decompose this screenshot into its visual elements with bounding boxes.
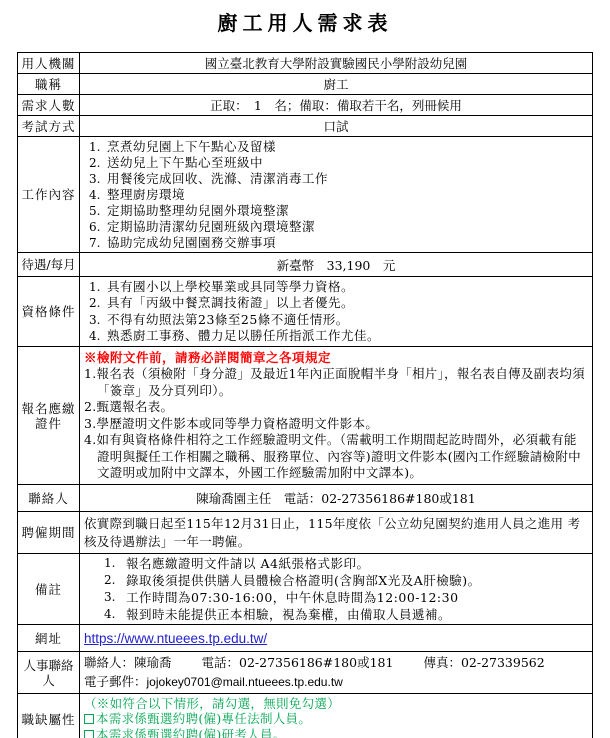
remark-item: 2.錄取後須提供供膳人員體檢合格證明(含胸部X光及A肝檢驗)。 [84,572,588,589]
hr-contact-line2: 電子郵件：jojokey0701@mail.ntueees.tp.edu.tw [84,672,588,692]
row-headcount: 需求人數 正取： 1 名；備取：備取若干名，列冊候用 [18,95,593,116]
website-label: 網址 [18,625,80,652]
row-contact: 聯絡人 陳瑜喬園主任 電話：02-27356186#180或181 [18,485,593,512]
hr-contact-line1: 聯絡人：陳瑜喬 電話：02-27356186#180或181 傳真：02-273… [84,653,588,672]
exam-method-label: 考試方式 [18,116,80,137]
remark-item-num: 1. [104,555,126,572]
work-item-text: 協助完成幼兒園園務交辦事項 [107,235,588,251]
qualification-item-num: 4. [89,328,107,344]
job-title-value: 廚工 [80,74,593,95]
agency-value: 國立臺北教育大學附設實驗國民小學附設幼兒園 [80,53,593,74]
work-content-list: 1.烹煮幼兒園上下午點心及留樣 2.送幼兒上下午點心至班級中 3.用餐後完成回收… [80,137,593,253]
headcount-value: 正取： 1 名；備取：備取若干名，列冊候用 [80,95,593,116]
work-item-text: 定期協助清潔幼兒園班級內環境整潔 [107,219,588,235]
hr-email: jojokey0701@mail.ntueees.tp.edu.tw [147,675,343,689]
salary-value: 新臺幣 33,190 元 [80,253,593,277]
work-item-text: 烹煮幼兒園上下午點心及留樣 [107,139,588,155]
qualification-item: 3.不得有幼照法第23條至25條不適任情形。 [84,312,588,328]
remarks-label: 備註 [18,554,80,625]
headcount-label: 需求人數 [18,95,80,116]
row-documents: 報名應繳證件 ※檢附文件前，請務必詳閱簡章之各項規定 1.報名表（須檢附「身分證… [18,347,593,485]
employment-period-value: 依實際到職日起至115年12月31日止，115年度依「公立幼兒園契約進用人員之進… [80,512,593,554]
remark-item-num: 3. [104,589,126,606]
documents-notice: ※檢附文件前，請務必詳閱簡章之各項規定 [84,349,588,366]
hr-contact-fax: 傳真：02-27339562 [423,655,544,670]
work-content-label: 工作內容 [18,137,80,253]
row-job-title: 職稱 廚工 [18,74,593,95]
row-remarks: 備註 1.報名應繳證明文件請以 A4紙張格式影印。 2.錄取後須提供供膳人員體檢… [18,554,593,625]
work-item-num: 1. [89,139,107,155]
qualifications-list: 1.具有國小以上學校畢業或具同等學力資格。 2.具有「丙級中餐烹調技術證」以上者… [80,277,593,347]
documents-label: 報名應繳證件 [18,347,80,485]
remark-item-num: 2. [104,572,126,589]
work-item-num: 5. [89,203,107,219]
document-item: 2.甄選報名表。 [84,399,588,416]
qualifications-label: 資格條件 [18,277,80,347]
remark-item-text: 錄取後須提供供膳人員體檢合格證明(含胸部X光及A肝檢驗)。 [126,572,588,589]
work-item-text: 送幼兒上下午點心至班級中 [107,155,588,171]
vacancy-option: 本需求係甄選約聘(僱)研考人員。 [84,727,588,738]
row-exam-method: 考試方式 口試 [18,116,593,137]
vacancy-attribute-label: 職缺屬性 [18,694,80,738]
work-item-num: 3. [89,171,107,187]
vacancy-option-text: 本需求係甄選約聘(僱)專任法制人員。 [96,711,311,726]
row-qualifications: 資格條件 1.具有國小以上學校畢業或具同等學力資格。 2.具有「丙級中餐烹調技術… [18,277,593,347]
employment-period-text: 依實際到職日起至115年12月31日止，115年度依「公立幼兒園契約進用人員之進… [84,513,588,552]
qualification-item-text: 熟悉廚工事務、體力足以勝任所指派工作尤佳。 [107,328,588,344]
row-vacancy-attribute: 職缺屬性 （※如符合以下情形，請勾選，無則免勾選） 本需求係甄選約聘(僱)專任法… [18,694,593,738]
employment-period-label: 聘僱期間 [18,512,80,554]
remark-item-text: 報到時未能提供正本相驗，視為棄權，由備取人員遞補。 [126,606,588,623]
row-work-content: 工作內容 1.烹煮幼兒園上下午點心及留樣 2.送幼兒上下午點心至班級中 3.用餐… [18,137,593,253]
document-item: 3.學歷證明文件影本或同等學力資格證明文件影本。 [84,416,588,433]
work-item-num: 7. [89,235,107,251]
work-item: 6.定期協助清潔幼兒園班級內環境整潔 [84,219,588,235]
row-hr-contact: 人事聯絡人 聯絡人：陳瑜喬 電話：02-27356186#180或181 傳真：… [18,652,593,694]
checkbox-research-staff[interactable] [84,730,94,738]
remark-item: 3.工作時間為07:30-16:00，中午休息時間為12:00-12:30 [84,589,588,606]
remark-item-text: 工作時間為07:30-16:00，中午休息時間為12:00-12:30 [126,589,588,606]
document-item: 1.報名表（須檢附「身分證」及最近1年內正面脫帽半身「相片」，報名表自傳及副表均… [84,366,588,399]
work-item-text: 用餐後完成回收、洗滌、清潔消毒工作 [107,171,588,187]
remark-item-num: 4. [104,606,126,623]
requirements-table: 用人機關 國立臺北教育大學附設實驗國民小學附設幼兒園 職稱 廚工 需求人數 正取… [17,52,593,738]
contact-label: 聯絡人 [18,485,80,512]
work-item: 4.整理廚房環境 [84,187,588,203]
qualification-item-text: 具有國小以上學校畢業或具同等學力資格。 [107,279,588,295]
remark-item: 1.報名應繳證明文件請以 A4紙張格式影印。 [84,555,588,572]
qualification-item-num: 3. [89,312,107,328]
hr-contact-phone: 電話：02-27356186#180或181 [202,655,394,670]
salary-label: 待遇/每月 [18,253,80,277]
website-cell: https://www.ntueees.tp.edu.tw/ [80,625,593,652]
document-page: { "title": "廚工用人需求表", "colors": { "accen… [0,0,610,738]
contact-value: 陳瑜喬園主任 電話：02-27356186#180或181 [80,485,593,512]
work-item: 2.送幼兒上下午點心至班級中 [84,155,588,171]
work-item-num: 2. [89,155,107,171]
job-title-label: 職稱 [18,74,80,95]
remark-item-text: 報名應繳證明文件請以 A4紙張格式影印。 [126,555,588,572]
row-salary: 待遇/每月 新臺幣 33,190 元 [18,253,593,277]
hr-contact-label: 人事聯絡人 [18,652,80,694]
qualification-item-num: 1. [89,279,107,295]
document-item: 4.如有與資格條件相符之工作經驗證明文件。（需載明工作期間起訖時間外，必須載有能… [84,432,588,482]
work-item: 7.協助完成幼兒園園務交辦事項 [84,235,588,251]
page-title: 廚工用人需求表 [0,0,610,34]
remark-item: 4.報到時未能提供正本相驗，視為棄權，由備取人員遞補。 [84,606,588,623]
website-link[interactable]: https://www.ntueees.tp.edu.tw/ [84,631,267,646]
work-item: 3.用餐後完成回收、洗滌、清潔消毒工作 [84,171,588,187]
work-item: 1.烹煮幼兒園上下午點心及留樣 [84,139,588,155]
qualification-item-text: 不得有幼照法第23條至25條不適任情形。 [107,312,588,328]
work-item-text: 定期協助整理幼兒園外環境整潔 [107,203,588,219]
hr-contact-name: 聯絡人：陳瑜喬 [84,655,172,670]
row-website: 網址 https://www.ntueees.tp.edu.tw/ [18,625,593,652]
agency-label: 用人機關 [18,53,80,74]
checkbox-legal-staff[interactable] [84,714,94,724]
work-item-num: 4. [89,187,107,203]
hr-email-label: 電子郵件： [84,674,147,689]
exam-method-value: 口試 [80,116,593,137]
work-item-num: 6. [89,219,107,235]
qualification-item: 1.具有國小以上學校畢業或具同等學力資格。 [84,279,588,295]
vacancy-note: （※如符合以下情形，請勾選，無則免勾選） [84,696,588,712]
vacancy-option: 本需求係甄選約聘(僱)專任法制人員。 [84,711,588,727]
work-item: 5.定期協助整理幼兒園外環境整潔 [84,203,588,219]
vacancy-attribute-cell: （※如符合以下情形，請勾選，無則免勾選） 本需求係甄選約聘(僱)專任法制人員。 … [80,694,593,738]
qualification-item: 4.熟悉廚工事務、體力足以勝任所指派工作尤佳。 [84,328,588,344]
row-employment-period: 聘僱期間 依實際到職日起至115年12月31日止，115年度依「公立幼兒園契約進… [18,512,593,554]
documents-list: ※檢附文件前，請務必詳閱簡章之各項規定 1.報名表（須檢附「身分證」及最近1年內… [80,347,593,485]
hr-contact-cell: 聯絡人：陳瑜喬 電話：02-27356186#180或181 傳真：02-273… [80,652,593,694]
qualification-item-text: 具有「丙級中餐烹調技術證」以上者優先。 [107,295,588,311]
qualification-item: 2.具有「丙級中餐烹調技術證」以上者優先。 [84,295,588,311]
work-item-text: 整理廚房環境 [107,187,588,203]
vacancy-option-text: 本需求係甄選約聘(僱)研考人員。 [96,727,286,738]
row-agency: 用人機關 國立臺北教育大學附設實驗國民小學附設幼兒園 [18,53,593,74]
remarks-list: 1.報名應繳證明文件請以 A4紙張格式影印。 2.錄取後須提供供膳人員體檢合格證… [80,554,593,625]
qualification-item-num: 2. [89,295,107,311]
